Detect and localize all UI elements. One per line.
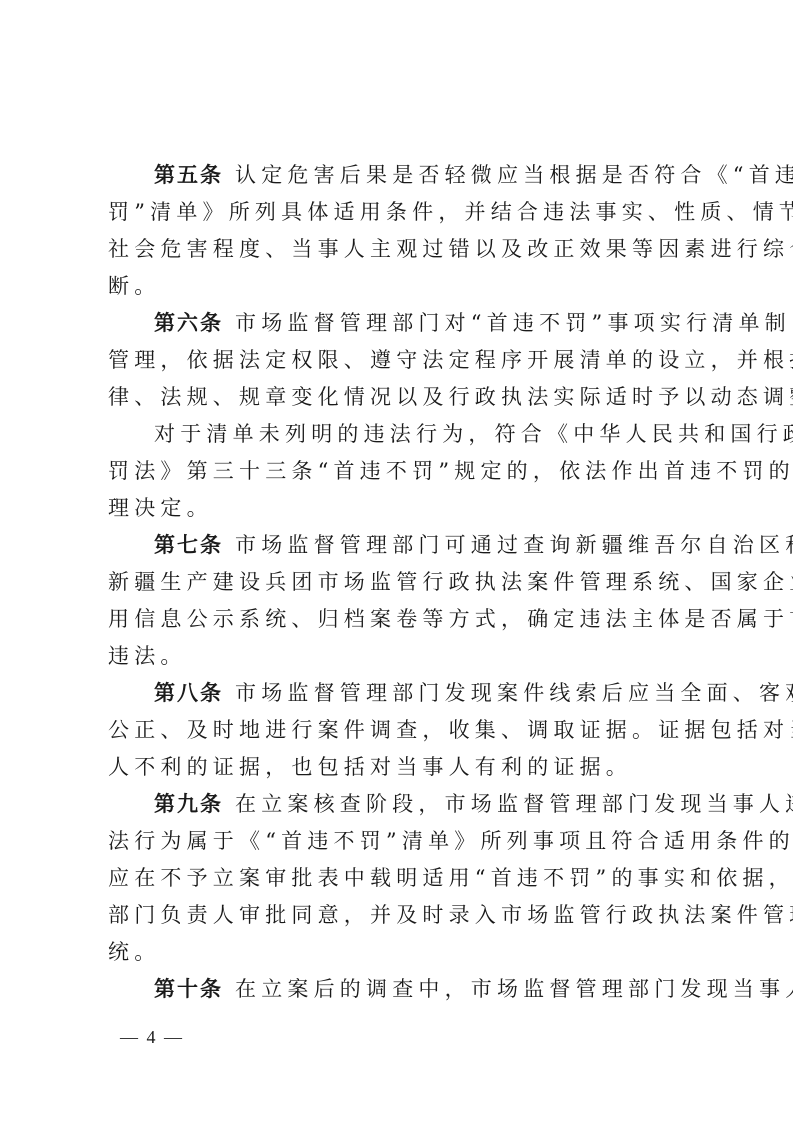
article-6-line-2: 管理，依据法定权限、遵守法定程序开展清单的设立，并根据法	[108, 342, 692, 379]
article-8-line-1: 第八条市场监督管理部门发现案件线索后应当全面、客观、	[108, 675, 692, 712]
article-8-line-2: 公正、及时地进行案件调查，收集、调取证据。证据包括对当事	[108, 712, 692, 749]
article-6-para-2-line-3: 理决定。	[108, 490, 692, 527]
article-9-line-5: 统。	[108, 934, 692, 971]
article-9-line-2: 法行为属于《“首违不罚”清单》所列事项且符合适用条件的，	[108, 823, 692, 860]
article-7-line-1: 第七条市场监督管理部门可通过查询新疆维吾尔自治区和	[108, 527, 692, 564]
page-number: — 4 —	[120, 1027, 184, 1048]
article-6-para-2-line-1: 对于清单未列明的违法行为，符合《中华人民共和国行政处	[108, 416, 692, 453]
article-9-line-3: 应在不予立案审批表中载明适用“首违不罚”的事实和依据，经	[108, 860, 692, 897]
article-9-line-1: 第九条在立案核查阶段，市场监督管理部门发现当事人违	[108, 786, 692, 823]
article-5-line-1: 第五条认定危害后果是否轻微应当根据是否符合《“首违不	[108, 157, 692, 194]
article-8-line-3: 人不利的证据，也包括对当事人有利的证据。	[108, 749, 692, 786]
article-7-line-4: 违法。	[108, 638, 692, 675]
article-heading: 第七条	[154, 533, 223, 557]
article-6-line-1: 第六条市场监督管理部门对“首违不罚”事项实行清单制	[108, 305, 692, 342]
article-7-line-3: 用信息公示系统、归档案卷等方式，确定违法主体是否属于首次	[108, 601, 692, 638]
article-10-line-1: 第十条在立案后的调查中，市场监督管理部门发现当事人	[108, 971, 692, 1008]
article-9-line-4: 部门负责人审批同意，并及时录入市场监管行政执法案件管理系	[108, 897, 692, 934]
article-heading: 第九条	[154, 792, 223, 816]
article-heading: 第十条	[154, 977, 223, 1001]
article-6-para-2-line-2: 罚法》第三十三条“首违不罚”规定的，依法作出首违不罚的处	[108, 453, 692, 490]
article-heading: 第八条	[154, 681, 223, 705]
article-heading: 第五条	[154, 163, 223, 187]
article-5-line-2: 罚”清单》所列具体适用条件，并结合违法事实、性质、情节、	[108, 194, 692, 231]
document-page: 第五条认定危害后果是否轻微应当根据是否符合《“首违不 罚”清单》所列具体适用条件…	[108, 157, 692, 1008]
article-5-line-3: 社会危害程度、当事人主观过错以及改正效果等因素进行综合判	[108, 231, 692, 268]
article-7-line-2: 新疆生产建设兵团市场监管行政执法案件管理系统、国家企业信	[108, 564, 692, 601]
article-heading: 第六条	[154, 311, 223, 335]
article-5-line-4: 断。	[108, 268, 692, 305]
article-6-line-3: 律、法规、规章变化情况以及行政执法实际适时予以动态调整。	[108, 379, 692, 416]
